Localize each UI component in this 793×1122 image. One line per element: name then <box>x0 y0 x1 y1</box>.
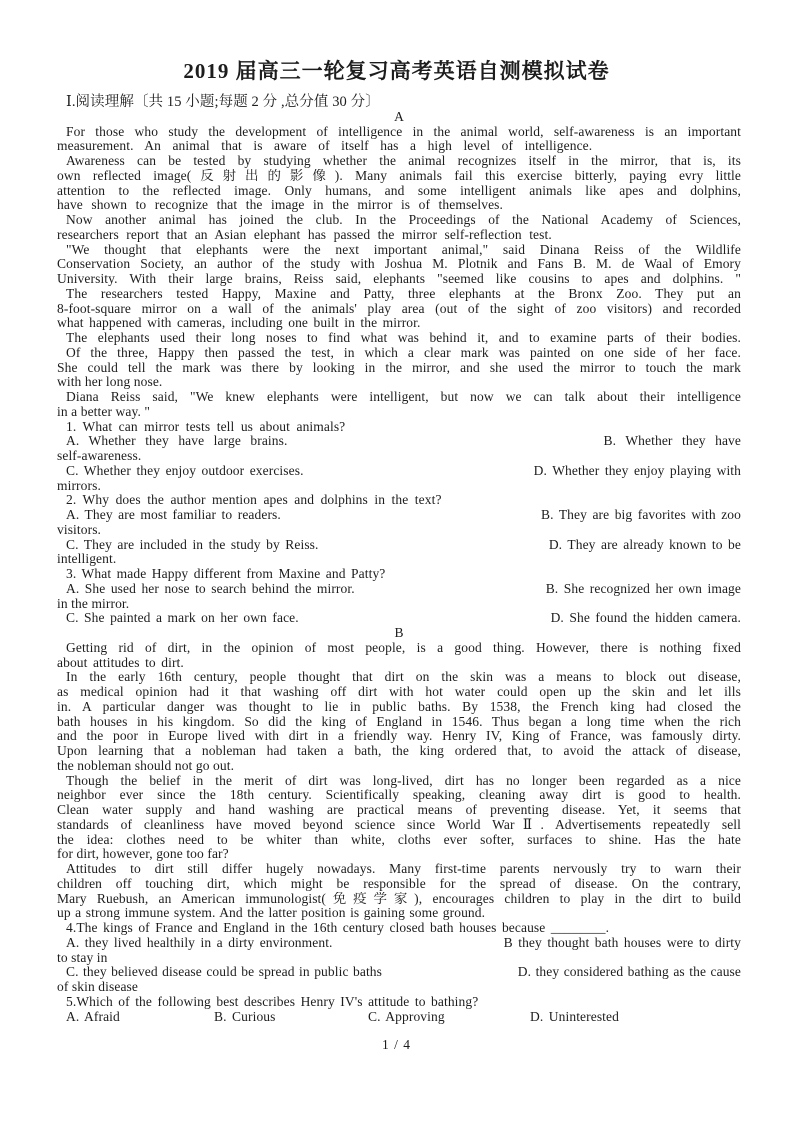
text-line: Getting rid of dirt, in the opinion of m… <box>57 641 741 656</box>
option-right: D. They are already known to be <box>549 538 741 553</box>
text-line: "We thought that elephants were the next… <box>57 243 741 258</box>
option-right: B they thought bath houses were to dirty <box>504 936 741 951</box>
text-line: researchers report that an Asian elephan… <box>57 228 741 243</box>
text-line: University. With their large brains, Rei… <box>57 272 741 287</box>
text-line: Now another animal has joined the club. … <box>57 213 741 228</box>
text-line: In the early 16th century, people though… <box>57 670 741 685</box>
text-line: Mary Ruebush, an American immunologist(免… <box>57 892 741 907</box>
option-col: C. Approving <box>368 1010 530 1025</box>
option-col: A. Afraid <box>66 1010 214 1025</box>
option-right: B. She recognized her own image <box>546 582 741 597</box>
text-line: with her long nose. <box>57 375 741 390</box>
text-line: mirrors. <box>57 479 741 494</box>
text-line: bath houses in his kingdom. So did the k… <box>57 715 741 730</box>
text-line: Upon learning that a nobleman had taken … <box>57 744 741 759</box>
passage-label-a: A <box>57 110 741 125</box>
question-2: 2. Why does the author mention apes and … <box>57 493 741 508</box>
text-line: C. They are included in the study by Rei… <box>57 538 741 553</box>
option-left: A. Whether they have large brains. <box>66 434 287 449</box>
option-right: B. Whether they have <box>604 434 741 449</box>
text-line: A. Whether they have large brains.B. Whe… <box>57 434 741 449</box>
option-right: D. She found the hidden camera. <box>551 611 741 626</box>
text-line: She could tell the mark was there by loo… <box>57 361 741 376</box>
text-line: Attitudes to dirt still differ hugely no… <box>57 862 741 877</box>
text-line: Of the three, Happy then passed the test… <box>57 346 741 361</box>
text-line: Clean water supply and hand washing are … <box>57 803 741 818</box>
text-line: have shown to recognize that the image i… <box>57 198 741 213</box>
option-right: B. They are big favorites with zoo <box>541 508 741 523</box>
question-4: 4.The kings of France and England in the… <box>57 921 741 936</box>
text-line: up a strong immune system. And the latte… <box>57 906 741 921</box>
question-3: 3. What made Happy different from Maxine… <box>57 567 741 582</box>
text-line: as medical opinion had it that washing o… <box>57 685 741 700</box>
text-line: children off touching dirt, which might … <box>57 877 741 892</box>
text-line: Diana Reiss said, "We knew elephants wer… <box>57 390 741 405</box>
option-left: C. Whether they enjoy outdoor exercises. <box>66 464 304 479</box>
option-left: A. they lived healthily in a dirty envir… <box>66 936 333 951</box>
text-line: The elephants used their long noses to f… <box>57 331 741 346</box>
text-line: the idea: clothes need to be whiter than… <box>57 833 741 848</box>
text-line: For those who study the development of i… <box>57 125 741 140</box>
option-col: D. Uninterested <box>530 1010 619 1025</box>
text-line: C. She painted a mark on her own face.D.… <box>57 611 741 626</box>
text-line: 8-foot-square mirror on a wall of the an… <box>57 302 741 317</box>
text-line: measurement. An animal that is aware of … <box>57 139 741 154</box>
text-line: the nobleman should not go out. <box>57 759 741 774</box>
text-line: intelligent. <box>57 552 741 567</box>
text-line: A. they lived healthily in a dirty envir… <box>57 936 741 951</box>
option-left: A. She used her nose to search behind th… <box>66 582 355 597</box>
text-line: Though the belief in the merit of dirt w… <box>57 774 741 789</box>
option-left: A. They are most familiar to readers. <box>66 508 281 523</box>
text-line: Awareness can be tested by studying whet… <box>57 154 741 169</box>
page-number: 1 / 4 <box>0 1037 793 1053</box>
option-left: C. They are included in the study by Rei… <box>66 538 319 553</box>
option-left: C. She painted a mark on her own face. <box>66 611 299 626</box>
text-line: Conservation Society, an author of the s… <box>57 257 741 272</box>
text-line: in a better way. " <box>57 405 741 420</box>
text-line: in. A particular danger was thought to l… <box>57 700 741 715</box>
text-line: A. They are most familiar to readers.B. … <box>57 508 741 523</box>
text-line: what happened with cameras, including on… <box>57 316 741 331</box>
text-line: neighbor ever since the 18th century. Sc… <box>57 788 741 803</box>
text-line: about attitudes to dirt. <box>57 656 741 671</box>
text-line: self-awareness. <box>57 449 741 464</box>
document-body: Ⅰ.阅读理解〔共 15 小题;每题 2 分 ,总分值 30 分〕AFor tho… <box>57 95 741 1024</box>
question-5: 5.Which of the following best describes … <box>57 995 741 1010</box>
text-line: C. Whether they enjoy outdoor exercises.… <box>57 464 741 479</box>
text-line: visitors. <box>57 523 741 538</box>
text-line: and the poor in Europe lived with dirt i… <box>57 729 741 744</box>
exam-page: 2019 届高三一轮复习高考英语自测模拟试卷 Ⅰ.阅读理解〔共 15 小题;每题… <box>0 0 793 1122</box>
option-right: D. they considered bathing as the cause <box>518 965 741 980</box>
text-line: standards of cleanliness have moved beyo… <box>57 818 741 833</box>
passage-label-b: B <box>57 626 741 641</box>
text-line: C. they believed disease could be spread… <box>57 965 741 980</box>
question-1: 1. What can mirror tests tell us about a… <box>57 420 741 435</box>
text-line: of skin disease <box>57 980 741 995</box>
text-line: own reflected image(反射出的影像). Many animal… <box>57 169 741 184</box>
text-line: for dirt, however, gone too far? <box>57 847 741 862</box>
option-left: C. they believed disease could be spread… <box>66 965 382 980</box>
text-line: A. She used her nose to search behind th… <box>57 582 741 597</box>
document-title: 2019 届高三一轮复习高考英语自测模拟试卷 <box>0 0 793 85</box>
text-line: in the mirror. <box>57 597 741 612</box>
text-line: attention to the reflected image. Only h… <box>57 184 741 199</box>
option-right: D. Whether they enjoy playing with <box>534 464 741 479</box>
option-col: B. Curious <box>214 1010 368 1025</box>
text-line: to stay in <box>57 951 741 966</box>
text-line: The researchers tested Happy, Maxine and… <box>57 287 741 302</box>
text-line: A. AfraidB. CuriousC. ApprovingD. Uninte… <box>57 1010 741 1025</box>
section-heading: Ⅰ.阅读理解〔共 15 小题;每题 2 分 ,总分值 30 分〕 <box>57 95 741 110</box>
